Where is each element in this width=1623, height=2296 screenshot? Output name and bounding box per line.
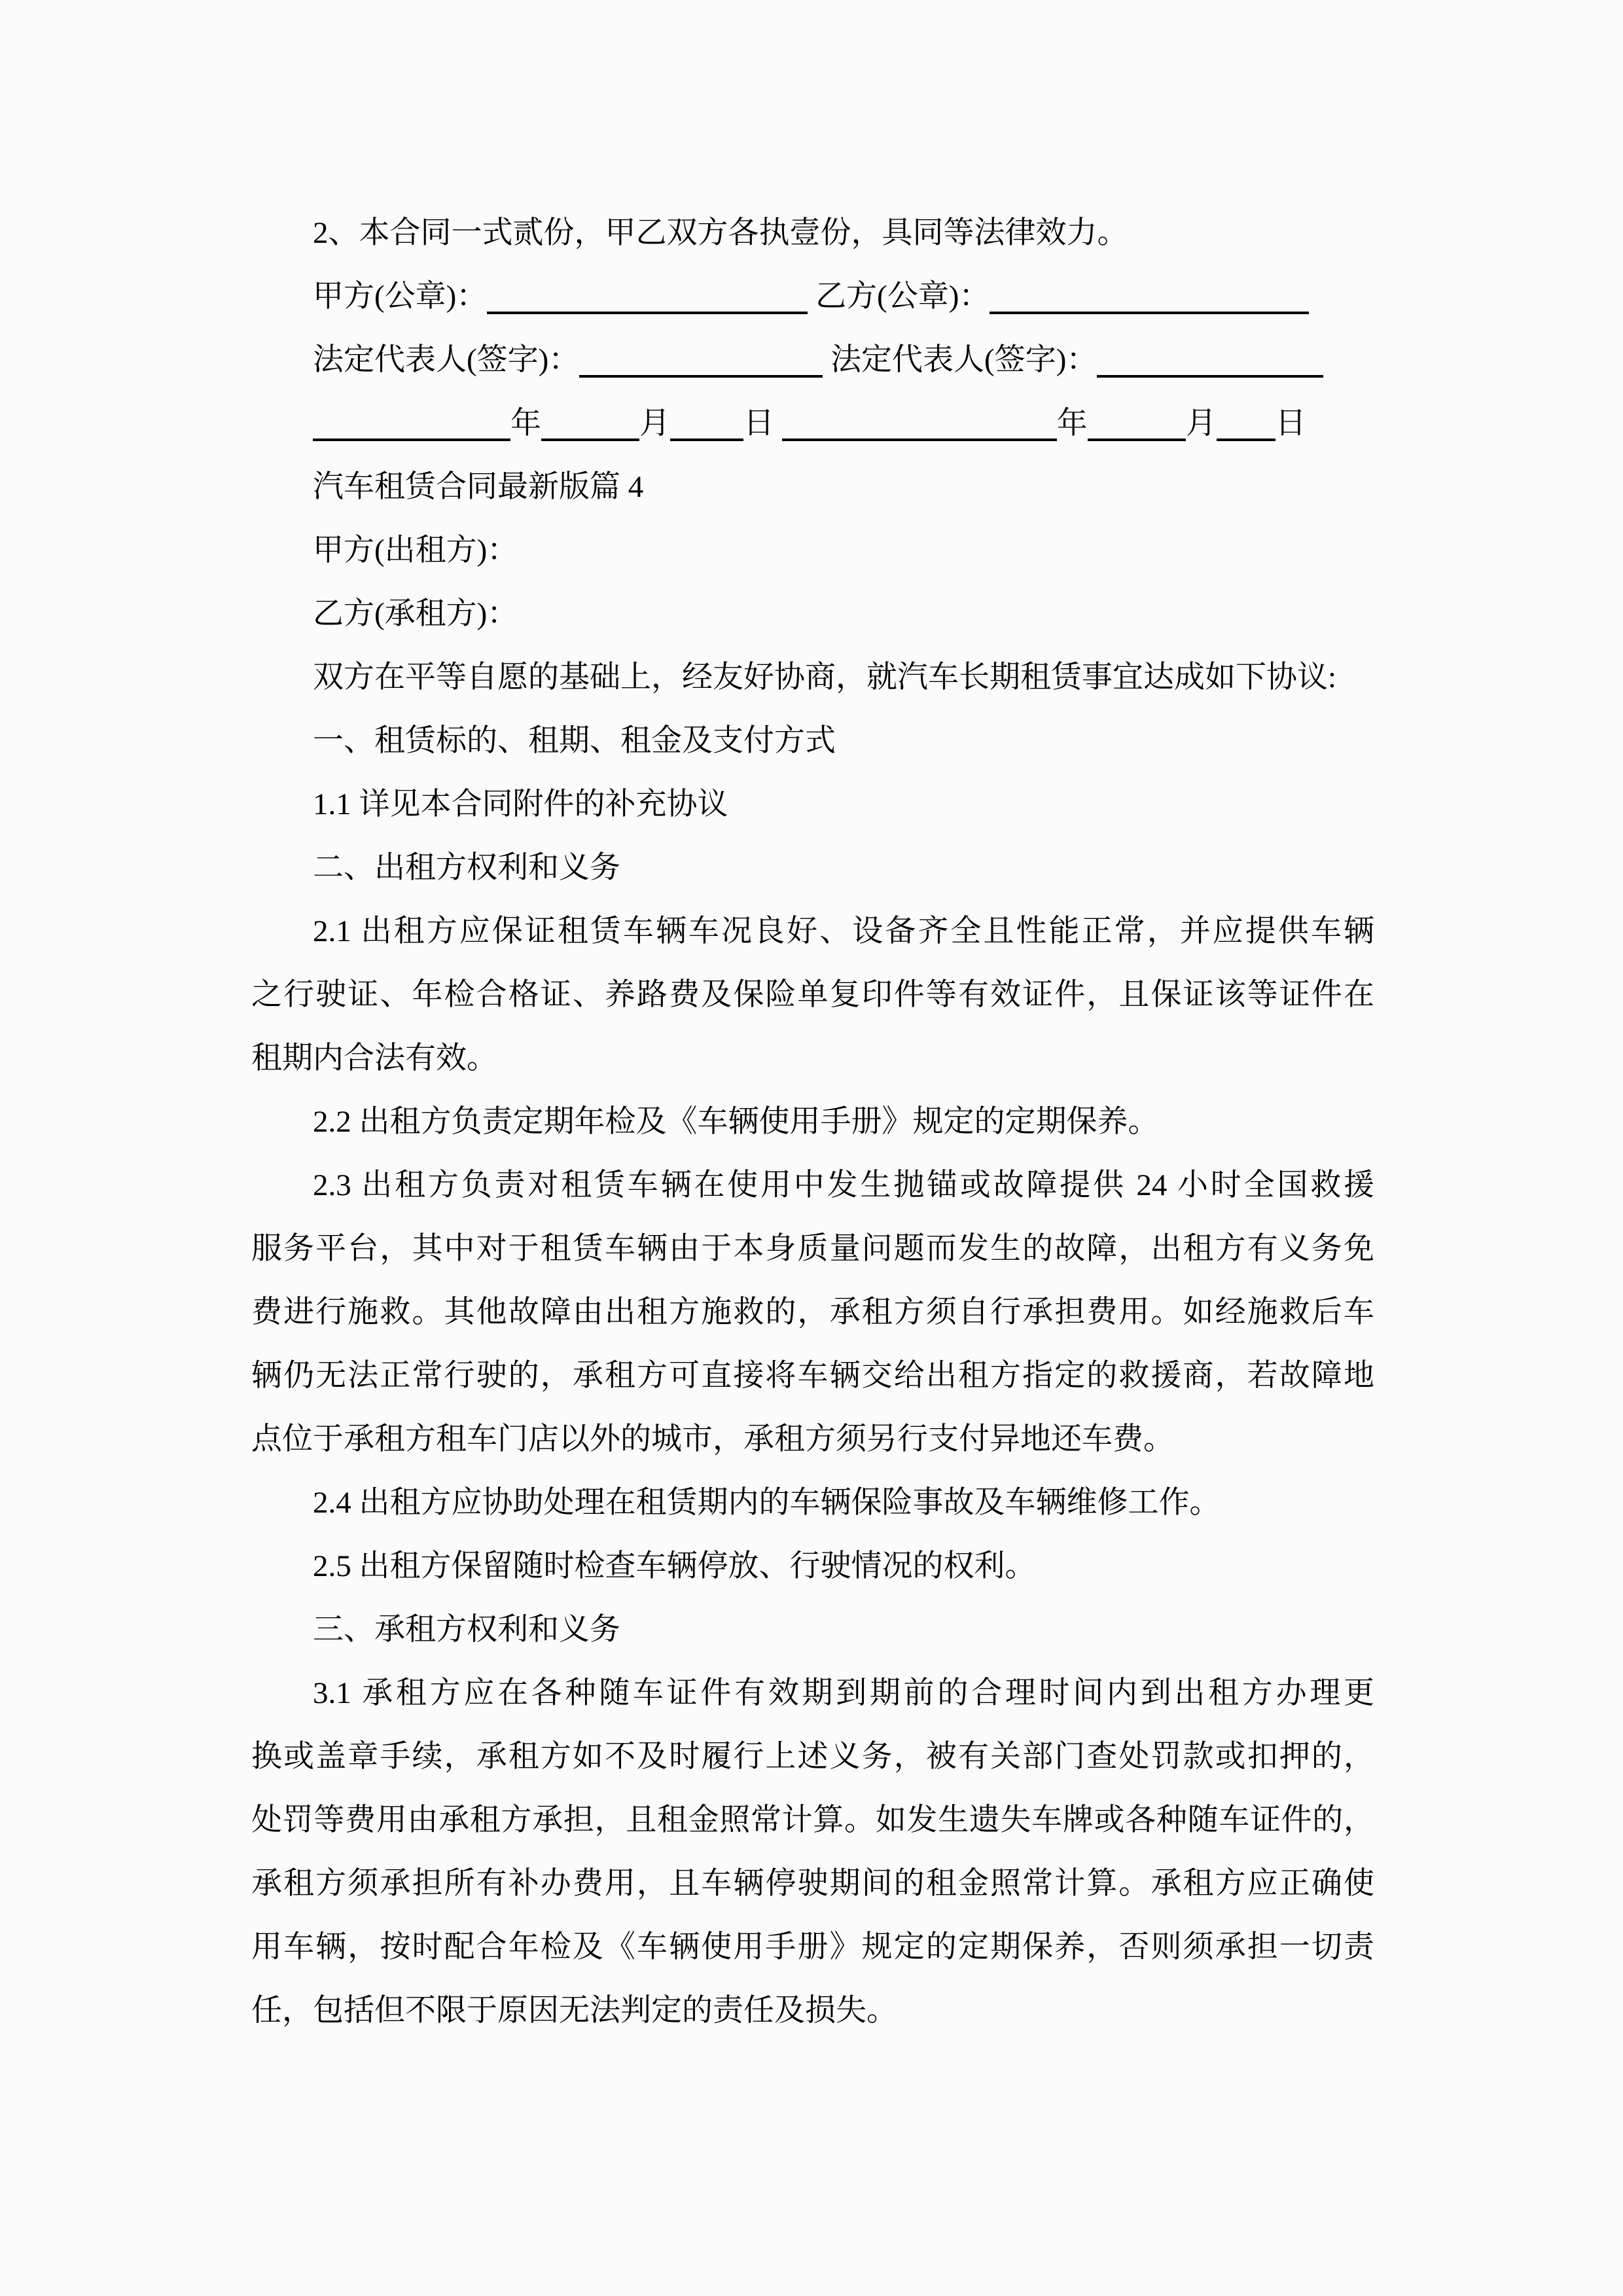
text-run: 用车辆，按时配合年检及《车辆使用手册》规定的定期保养，否则须承担一切责 — [251, 1930, 1374, 1964]
clause-3-1-cont: 承租方须承担所有补办费用，且车辆停驶期间的租金照常计算。承租方应正确使 — [251, 1852, 1374, 1916]
clause-2-3: 2.3 出租方负责对租赁车辆在使用中发生抛锚或故障提供 24 小时全国救援 — [251, 1154, 1374, 1217]
clause-3-1-end: 任，包括但不限于原因无法判定的责任及损失。 — [251, 1979, 1374, 2043]
contract-body: 2、本合同一式贰份，甲乙双方各执壹份，具同等法律效力。甲方(公章)： 乙方(公章… — [251, 202, 1374, 2043]
text-run: 1.1 详见本合同附件的补充协议 — [313, 787, 728, 821]
clause-2-4: 2.4 出租方应协助处理在租赁期内的车辆保险事故及车辆维修工作。 — [251, 1471, 1374, 1535]
text-run: 处罚等费用由承租方承担，且租金照常计算。如发生遗失车牌或各种随车证件的， — [251, 1803, 1374, 1837]
fill-in-blank — [579, 375, 823, 378]
clause-2-5: 2.5 出租方保留随时检查车辆停放、行驶情况的权利。 — [251, 1535, 1374, 1598]
text-run: 日 — [1275, 406, 1306, 440]
text-run: 甲方(出租方)： — [313, 533, 518, 567]
text-run: 一、租赁标的、租期、租金及支付方式 — [313, 724, 836, 758]
text-run: 点位于承租方租车门店以外的城市，承租方须另行支付异地还车费。 — [251, 1422, 1174, 1456]
clause-2-1-cont: 之行驶证、年检合格证、养路费及保险单复印件等有效证件，且保证该等证件在 — [251, 963, 1374, 1027]
fill-in-blank — [782, 439, 1057, 441]
clause-3-1: 3.1 承租方应在各种随车证件有效期到期前的合理时间内到出租方办理更 — [251, 1662, 1374, 1725]
text-run: 乙方(承租方)： — [313, 597, 518, 631]
text-run: 法定代表人(签字)： — [313, 343, 579, 377]
fill-in-blank — [1088, 439, 1186, 441]
clause-3-1-cont: 用车辆，按时配合年检及《车辆使用手册》规定的定期保养，否则须承担一切责 — [251, 1916, 1374, 1979]
preamble: 双方在平等自愿的基础上，经友好协商，就汽车长期租赁事宜达成如下协议: — [251, 646, 1374, 709]
text-run: 年 — [1057, 406, 1088, 440]
text-run: 汽车租赁合同最新版篇 4 — [313, 470, 643, 504]
clause-1-1: 1.1 详见本合同附件的补充协议 — [251, 773, 1374, 836]
text-run: 2.3 出租方负责对租赁车辆在使用中发生抛锚或故障提供 24 小时全国救援 — [313, 1168, 1374, 1202]
text-run: 换或盖章手续，承租方如不及时履行上述义务，被有关部门查处罚款或扣押的， — [251, 1740, 1374, 1774]
clause-2-1: 2.1 出租方应保证租赁车辆车况良好、设备齐全且性能正常，并应提供车辆 — [251, 900, 1374, 963]
clause-2-3-end: 点位于承租方租车门店以外的城市，承租方须另行支付异地还车费。 — [251, 1408, 1374, 1471]
fill-in-blank — [670, 439, 743, 441]
text-run: 双方在平等自愿的基础上，经友好协商，就汽车长期租赁事宜达成如下协议: — [313, 660, 1336, 694]
text-run: 2.5 出租方保留随时检查车辆停放、行驶情况的权利。 — [313, 1549, 1036, 1583]
article-title: 汽车租赁合同最新版篇 4 — [251, 456, 1374, 519]
text-run: 2.1 出租方应保证租赁车辆车况良好、设备齐全且性能正常，并应提供车辆 — [313, 914, 1374, 948]
party-b-label: 乙方(承租方)： — [251, 583, 1374, 646]
text-run: 年 — [510, 406, 541, 440]
text-run: 月 — [1186, 406, 1217, 440]
section-3-heading: 三、承租方权利和义务 — [251, 1598, 1374, 1662]
text-run: 法定代表人(签字)： — [823, 343, 1097, 377]
text-run: 费进行施救。其他故障由出租方施救的，承租方须自行承担费用。如经施救后车 — [251, 1295, 1374, 1329]
text-run: 2.4 出租方应协助处理在租赁期内的车辆保险事故及车辆维修工作。 — [313, 1486, 1221, 1520]
text-run: 3.1 承租方应在各种随车证件有效期到期前的合理时间内到出租方办理更 — [313, 1676, 1374, 1710]
text-run: 任，包括但不限于原因无法判定的责任及损失。 — [251, 1994, 897, 2028]
clause-2-1-end: 租期内合法有效。 — [251, 1027, 1374, 1090]
fill-in-blank — [1217, 439, 1275, 441]
clause-3-1-cont: 处罚等费用由承租方承担，且租金照常计算。如发生遗失车牌或各种随车证件的， — [251, 1789, 1374, 1852]
party-a-label: 甲方(出租方)： — [251, 519, 1374, 583]
clause-2-3-cont: 服务平台，其中对于租赁车辆由于本身质量问题而发生的故障，出租方有义务免 — [251, 1217, 1374, 1281]
section-1-heading: 一、租赁标的、租期、租金及支付方式 — [251, 709, 1374, 773]
clause-2-3-cont: 费进行施救。其他故障由出租方施救的，承租方须自行承担费用。如经施救后车 — [251, 1281, 1374, 1344]
fill-in-blank — [1097, 375, 1323, 378]
text-run: 月 — [639, 406, 670, 440]
party-seal-line: 甲方(公章)： 乙方(公章)： — [251, 265, 1374, 329]
fill-in-blank — [541, 439, 639, 441]
text-run: 之行驶证、年检合格证、养路费及保险单复印件等有效证件，且保证该等证件在 — [251, 978, 1374, 1012]
legal-rep-sign-line: 法定代表人(签字)： 法定代表人(签字)： — [251, 329, 1374, 392]
text-run: 服务平台，其中对于租赁车辆由于本身质量问题而发生的故障，出租方有义务免 — [251, 1232, 1374, 1266]
section-2-heading: 二、出租方权利和义务 — [251, 836, 1374, 900]
text-run: 租期内合法有效。 — [251, 1041, 497, 1075]
text-run: 辆仍无法正常行驶的，承租方可直接将车辆交给出租方指定的救援商，若故障地 — [251, 1359, 1374, 1393]
fill-in-blank — [313, 439, 510, 441]
clause-2-2: 2.2 出租方负责定期年检及《车辆使用手册》规定的定期保养。 — [251, 1090, 1374, 1154]
date-line: 年月日 年月日 — [251, 392, 1374, 456]
text-run: 2、本合同一式贰份，甲乙双方各执壹份，具同等法律效力。 — [313, 216, 1128, 250]
contract-page: 2、本合同一式贰份，甲乙双方各执壹份，具同等法律效力。甲方(公章)： 乙方(公章… — [0, 0, 1623, 2296]
fill-in-blank — [487, 312, 808, 314]
fill-in-blank — [990, 312, 1309, 314]
text-run: 承租方须承担所有补办费用，且车辆停驶期间的租金照常计算。承租方应正确使 — [251, 1867, 1374, 1901]
clause-copies: 2、本合同一式贰份，甲乙双方各执壹份，具同等法律效力。 — [251, 202, 1374, 265]
clause-3-1-cont: 换或盖章手续，承租方如不及时履行上述义务，被有关部门查处罚款或扣押的， — [251, 1725, 1374, 1789]
text-run: 2.2 出租方负责定期年检及《车辆使用手册》规定的定期保养。 — [313, 1105, 1159, 1139]
text-run: 甲方(公章)： — [313, 279, 487, 314]
clause-2-3-cont: 辆仍无法正常行驶的，承租方可直接将车辆交给出租方指定的救援商，若故障地 — [251, 1344, 1374, 1408]
text-run: 二、出租方权利和义务 — [313, 851, 620, 885]
text-run: 乙方(公章)： — [808, 279, 990, 314]
text-run: 日 — [743, 406, 782, 440]
text-run: 三、承租方权利和义务 — [313, 1613, 620, 1647]
